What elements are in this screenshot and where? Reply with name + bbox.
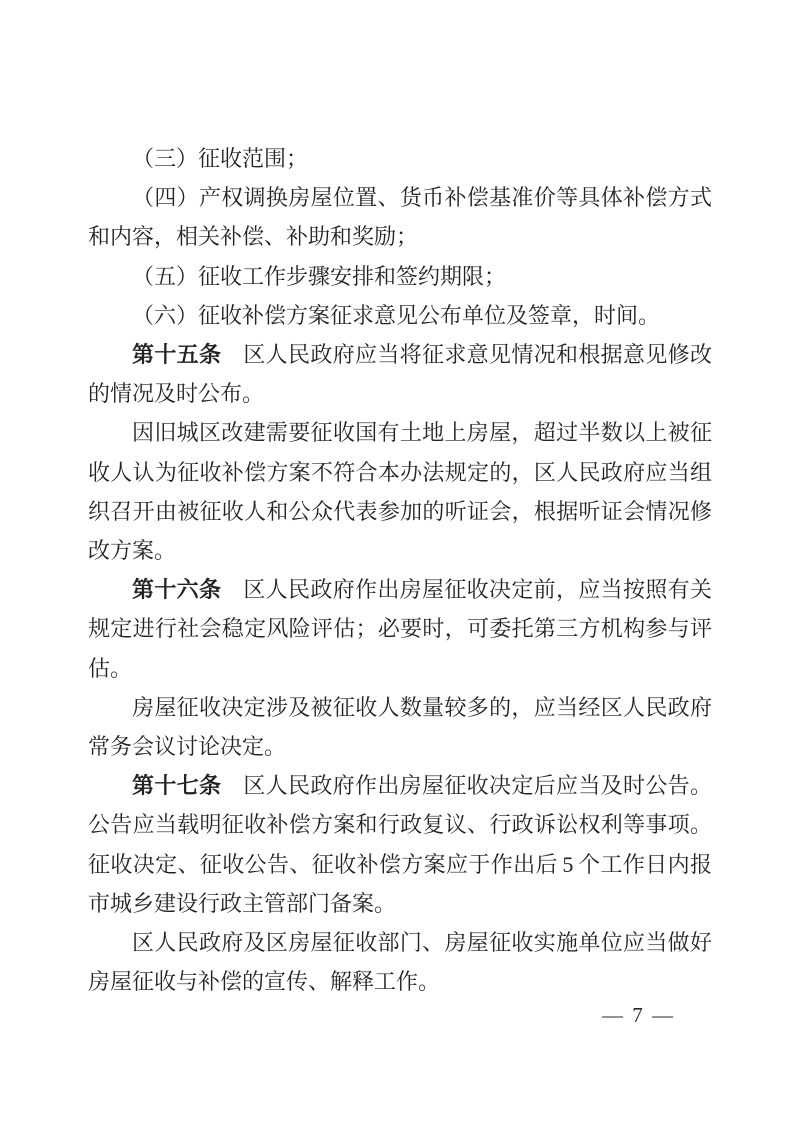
- page-number: — 7 —: [602, 1000, 675, 1030]
- paragraph: （三）征收范围；: [88, 139, 712, 178]
- paragraph: （四）产权调换房屋位置、货币补偿基准价等具体补偿方式和内容，相关补偿、补助和奖励…: [88, 178, 712, 256]
- paragraph-text: （三）征收范围；: [132, 146, 308, 171]
- article-paragraph: 第十五条区人民政府应当将征求意见情况和根据意见修改的情况及时公布。: [88, 335, 712, 413]
- paragraph: （六）征收补偿方案征求意见公布单位及签章，时间。: [88, 296, 712, 335]
- paragraph-text: （六）征收补偿方案征求意见公布单位及签章，时间。: [132, 303, 660, 328]
- paragraph: 区人民政府及区房屋征收部门、房屋征收实施单位应当做好房屋征收与补偿的宣传、解释工…: [88, 923, 712, 1001]
- article-number: 第十七条: [132, 773, 221, 798]
- article-number: 第十六条: [132, 577, 221, 602]
- paragraph: 因旧城区改建需要征收国有土地上房屋，超过半数以上被征收人认为征收补偿方案不符合本…: [88, 413, 712, 570]
- paragraph-text: （五）征收工作步骤安排和签约期限；: [132, 264, 506, 289]
- article-number: 第十五条: [132, 342, 221, 367]
- paragraph: （五）征收工作步骤安排和签约期限；: [88, 257, 712, 296]
- paragraph: 房屋征收决定涉及被征收人数量较多的，应当经区人民政府常务会议讨论决定。: [88, 688, 712, 766]
- scanned-document-page: { "document": { "paragraphs": [ { "term"…: [0, 0, 793, 1122]
- article-paragraph: 第十七条区人民政府作出房屋征收决定后应当及时公告。公告应当载明征收补偿方案和行政…: [88, 766, 712, 923]
- page-background: （三）征收范围；（四）产权调换房屋位置、货币补偿基准价等具体补偿方式和内容，相关…: [0, 0, 793, 1122]
- article-paragraph: 第十六条区人民政府作出房屋征收决定前，应当按照有关规定进行社会稳定风险评估；必要…: [88, 570, 712, 688]
- document-text-block: （三）征收范围；（四）产权调换房屋位置、货币补偿基准价等具体补偿方式和内容，相关…: [88, 139, 712, 1001]
- paragraph-text: 区人民政府及区房屋征收部门、房屋征收实施单位应当做好房屋征收与补偿的宣传、解释工…: [88, 930, 712, 994]
- paragraph-text: 房屋征收决定涉及被征收人数量较多的，应当经区人民政府常务会议讨论决定。: [88, 695, 712, 759]
- paragraph-text: 因旧城区改建需要征收国有土地上房屋，超过半数以上被征收人认为征收补偿方案不符合本…: [88, 420, 712, 563]
- paragraph-text: （四）产权调换房屋位置、货币补偿基准价等具体补偿方式和内容，相关补偿、补助和奖励…: [88, 185, 712, 249]
